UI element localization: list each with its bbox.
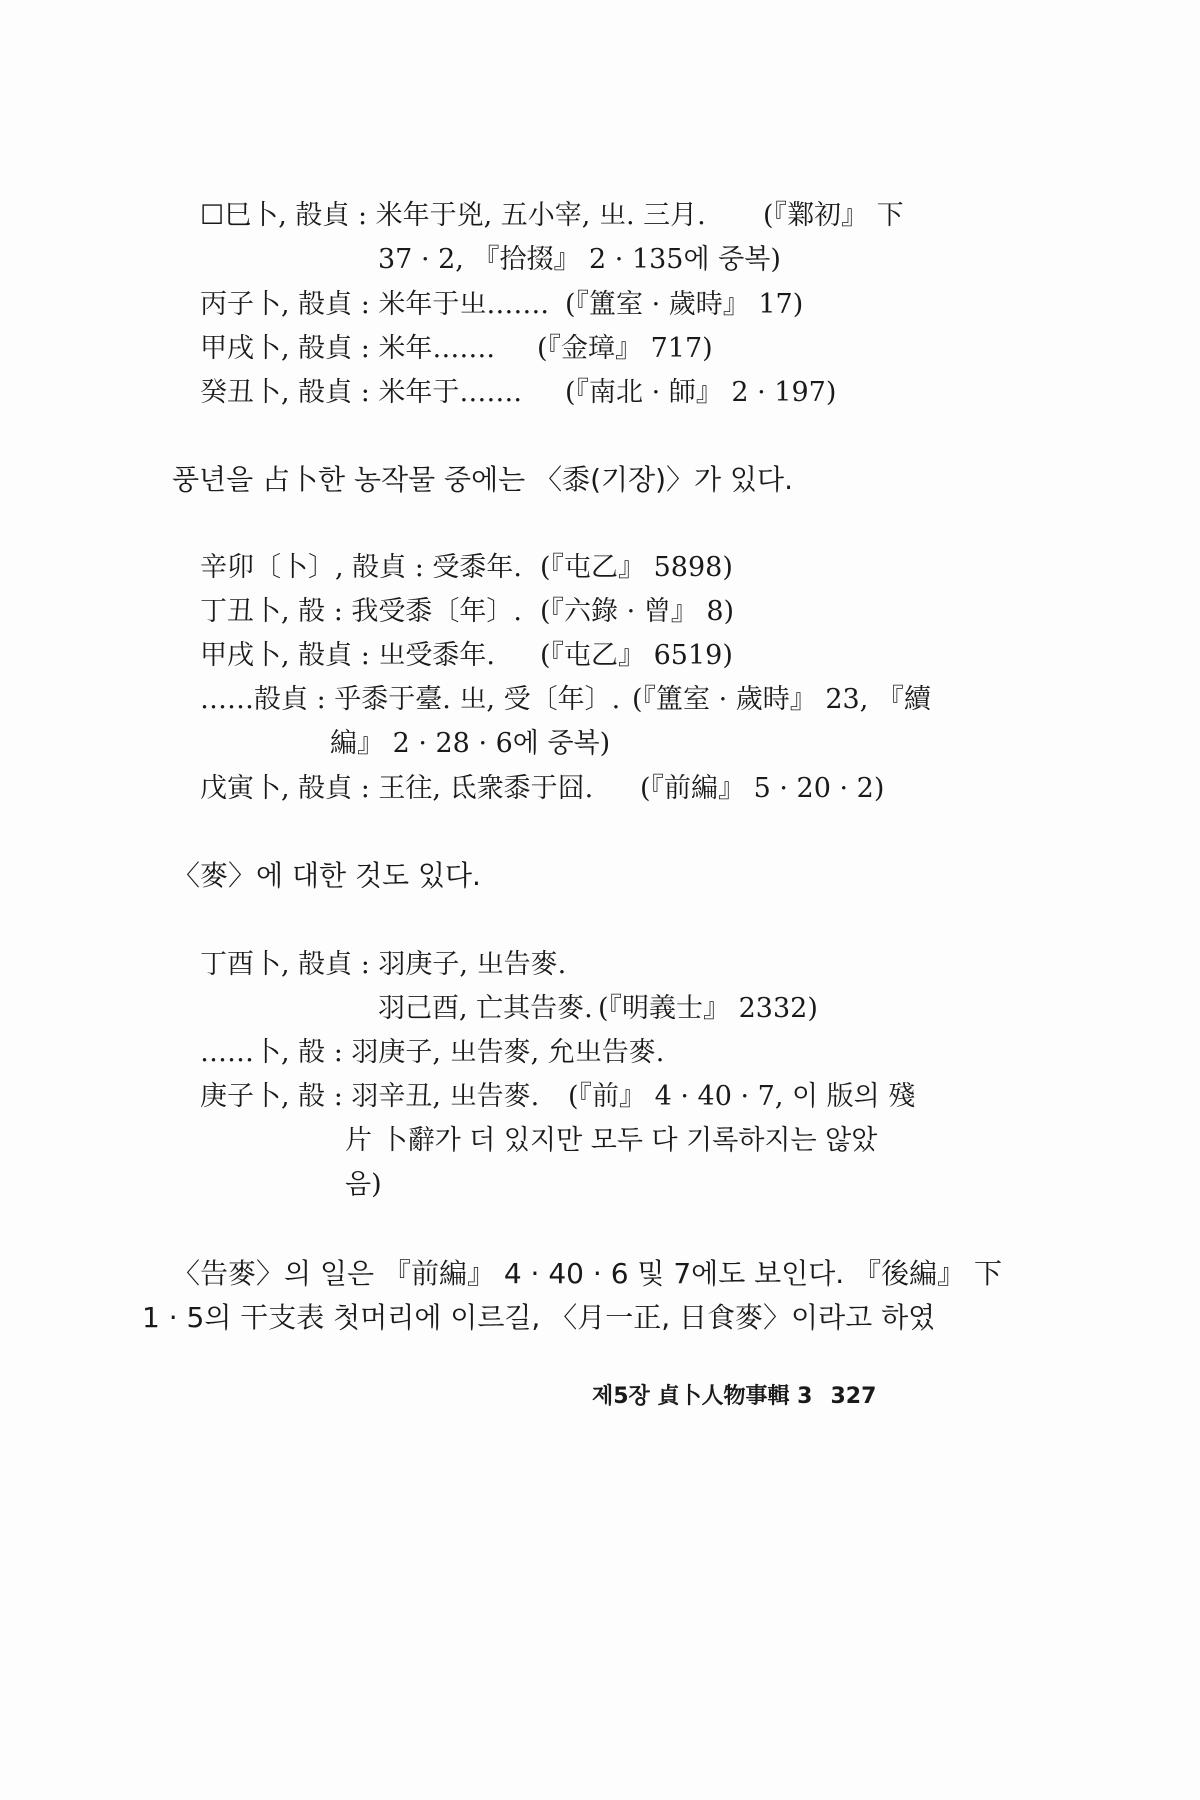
page-number: 327	[830, 1384, 876, 1409]
citation-continuation: 음)	[345, 1167, 382, 1203]
citation: (『簠室 · 歲時』 23, 『續	[632, 682, 931, 718]
citation: (『前』 4 · 40 · 7, 이 版의 殘	[568, 1079, 915, 1115]
inscription-continuation: 編』 2 · 28 · 6에 중복)	[330, 726, 610, 762]
citation: (『簠室 · 歲時』 17)	[565, 287, 803, 323]
inscription-line: 戊寅卜, 㱿貞 : 王往, 氐衆黍于囧.	[200, 771, 593, 807]
citation: (『南北 · 師』 2 · 197)	[565, 375, 836, 411]
inscription-line: ☐巳卜, 㱿貞 : 米年于兇, 五小宰, 㞢. 三月.	[200, 198, 706, 234]
book-page: ☐巳卜, 㱿貞 : 米年于兇, 五小宰, 㞢. 三月. (『鄴初』 下 37 ·…	[0, 0, 1200, 1800]
inscription-continuation: 羽己酉, 亡其告麥.	[378, 991, 593, 1027]
inscription-line: ……卜, 㱿 : 羽庚子, 㞢告麥, 允㞢告麥.	[200, 1035, 664, 1071]
running-footer: 제5장 貞卜人物事輯 3327	[592, 1382, 876, 1412]
citation: (『明義士』 2332)	[598, 991, 818, 1027]
citation: (『前編』 5 · 20 · 2)	[640, 771, 884, 807]
body-paragraph: 풍년을 占卜한 농작물 중에는 〈黍(기장)〉가 있다.	[172, 462, 793, 498]
inscription-line: 庚子卜, 㱿 : 羽辛丑, 㞢告麥.	[200, 1079, 539, 1115]
citation: (『屯乙』 6519)	[540, 638, 733, 674]
chapter-title: 제5장 貞卜人物事輯 3	[592, 1384, 812, 1409]
citation: (『金璋』 717)	[537, 331, 713, 367]
citation: (『六錄 · 曾』 8)	[540, 594, 734, 630]
citation: (『鄴初』 下	[763, 198, 904, 234]
inscription-line: 癸丑卜, 㱿貞 : 米年于…….	[200, 375, 522, 411]
body-paragraph-line: 1 · 5의 干支表 첫머리에 이르길, 〈月一正, 日食麥〉이라고 하였	[142, 1300, 935, 1336]
inscription-line: 丙子卜, 㱿貞 : 米年于㞢…….	[200, 287, 549, 323]
inscription-line: 辛卯〔卜〕, 㱿貞 : 受黍年.	[200, 550, 522, 586]
inscription-continuation: 37 · 2, 『拾掇』 2 · 135에 중복)	[378, 242, 781, 278]
inscription-line: 甲戌卜, 㱿貞 : 㞢受黍年.	[200, 638, 495, 674]
citation: (『屯乙』 5898)	[540, 550, 733, 586]
body-paragraph: 〈麥〉에 대한 것도 있다.	[172, 858, 481, 894]
inscription-line: 丁酉卜, 㱿貞 : 羽庚子, 㞢告麥.	[200, 947, 566, 983]
body-paragraph-line: 〈告麥〉의 일은 『前編』 4 · 40 · 6 및 7에도 보인다. 『後編』…	[172, 1256, 1002, 1292]
citation-continuation: 片 卜辭가 더 있지만 모두 다 기록하지는 않았	[345, 1123, 877, 1159]
inscription-line: 甲戌卜, 㱿貞 : 米年…….	[200, 331, 495, 367]
inscription-line: 丁丑卜, 㱿 : 我受黍〔年〕.	[200, 594, 522, 630]
inscription-line: ……㱿貞 : 乎黍于臺. 㞢, 受〔年〕.	[200, 682, 620, 718]
